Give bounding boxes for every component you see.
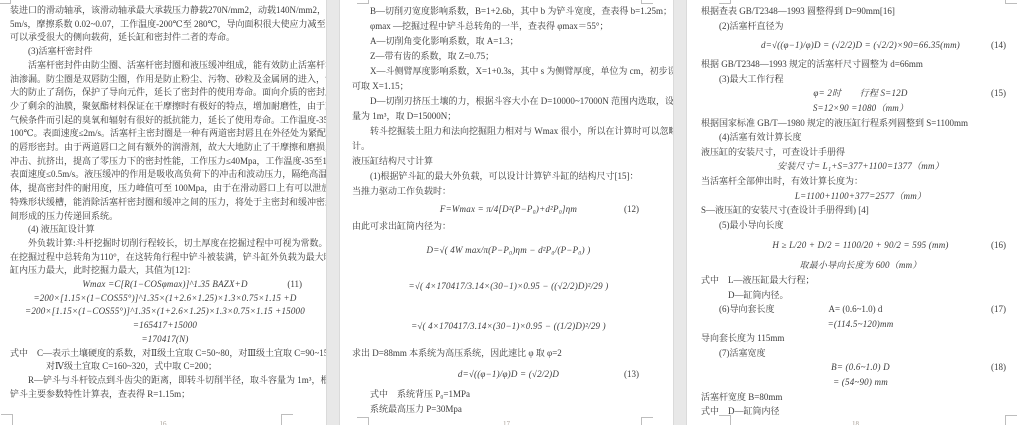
- doc-line: 系统最高压力 P=30Mpa: [352, 402, 665, 417]
- equation-line: B= (0.6~1.0) D(18): [701, 360, 1020, 375]
- page-2-text: B—切削刃宽度影响系数，B=1+2.6b，其中 b 为铲斗宽度，查表得 b=1.…: [352, 4, 665, 417]
- line-text: φ= 2时 行程 S=12D: [813, 88, 907, 98]
- line-text: 装进口的滑动轴承，该滑动轴承最大承载压力静载270N/mm2，动载140N/mm…: [10, 5, 326, 15]
- line-text: 可以承受很大的侧向载荷，延长缸和密封件二者的寿命。: [10, 32, 235, 42]
- document-viewer: 装进口的滑动轴承，该滑动轴承最大承载压力静载270N/mm2，动载140N/mm…: [0, 0, 1024, 425]
- line-text: =(114.5~120)mm: [828, 319, 894, 329]
- page-1-text: 装进口的滑动轴承，该滑动轴承最大承载压力静载270N/mm2，动载140N/mm…: [10, 4, 320, 401]
- line-text: 式中 L—液压缸最大行程；: [701, 275, 815, 285]
- line-text: 根据国家标准 GB/T—1980 规定的液压缸行程系列圆整到 S=1100mm: [701, 118, 968, 128]
- line-text: 根据 GB/T2348—1993 规定的活塞杆尺寸圆整为 d=66mm: [701, 59, 923, 69]
- equation-number: (14): [991, 33, 1006, 57]
- doc-line: 冲击、抗挤出，提高了零压力下的密封性能，工作压力≤40Mpa，工作温度-35至1…: [10, 155, 320, 169]
- doc-line: 油渗漏。防尘圈是双唇防尘圈，作用是防止粉尘、污物、砂粒及金属屑的进入，它大: [10, 73, 320, 87]
- line-text: d=√((φ−1)/φ)D = (√2/2)D = (√2/2)×90=66.3…: [761, 40, 960, 50]
- doc-line: 外负载计算:斗杆挖掘时切削行程较长，切土厚度在挖掘过程中可视为常数。斗杆: [10, 237, 320, 251]
- equation-number: (13): [624, 361, 639, 387]
- line-text: (1)根据铲斗缸的最大外负载，可以设计计算铲斗缸的结构尺寸[15]：: [352, 171, 639, 181]
- doc-line: 安装尺寸= L₁+S=377+1100=1377（mm）: [701, 159, 1020, 174]
- line-text: 计。: [352, 141, 370, 151]
- doc-line: Z—带有齿的系数，取 Z=0.75；: [352, 49, 665, 64]
- page-3[interactable]: 根据查表 GB/T2348—1993 圆整得到 D=90mm[16] (2)活塞…: [687, 0, 1024, 425]
- margin-corner-mark: [641, 0, 653, 4]
- line-text: φmax —挖掘过程中铲斗总转角的一半，查表得 φmax＝55°；: [352, 21, 608, 31]
- line-text: 液压缸结构尺寸计算: [352, 156, 433, 166]
- doc-line: 可以承受很大的侧向载荷，延长缸和密封件二者的寿命。: [10, 31, 320, 45]
- doc-line: 5m/s，摩擦系数 0.02~0.07，工作温度-200℃至 280℃，导向面积…: [10, 18, 320, 32]
- line-text: =200×[1.15×(1−COS55°)]^1.35×(1+2.6×1.25)…: [25, 306, 305, 316]
- doc-line: =165417+15000: [10, 319, 320, 333]
- line-text: 当推力驱动工作负载时：: [352, 186, 451, 196]
- doc-line: (4)活塞有效计算长度: [701, 130, 1020, 145]
- line-text: F=Wmax = π/4[D²(P−P₀)+d²P₀]ηm: [440, 204, 577, 214]
- doc-line: =170417(N): [10, 333, 320, 347]
- doc-line: D—切削刃挤压土壤的力，根据斗容大小在 D=10000~17000N 范围内选取…: [352, 94, 665, 109]
- line-text: 系统最高压力 P=30Mpa: [352, 404, 462, 414]
- line-text: (6)导向套长度 A= (0.6~1.0) d: [701, 304, 882, 314]
- line-text: 间形成的压力传递回系统。: [10, 211, 118, 221]
- line-text: D=√( 4W max/π(P−P₀)ηm − d²P₀/(P−P₀) ): [427, 245, 591, 255]
- doc-line: D=√( 4W max/π(P−P₀)ηm − d²P₀/(P−P₀) ): [352, 234, 665, 266]
- line-text: 由此可求出缸筒内径为：: [352, 221, 451, 231]
- line-text: (2)活塞杆直径为: [701, 21, 784, 31]
- equation-line: φ= 2时 行程 S=12D(15): [701, 86, 1020, 101]
- doc-line: 表面速度≤0.5m/s。液压缓冲的作用是吸收高负荷下的冲击和波动压力，隔绝高温流: [10, 168, 320, 182]
- doc-line: (2)活塞杆直径为: [701, 19, 1020, 34]
- doc-line: 式中 C—表示土壤硬度的系数，对Ⅱ级土宜取 C=50~80，对Ⅲ级土宜取 C=9…: [10, 347, 320, 361]
- margin-corner-mark: [1005, 0, 1017, 4]
- line-text: D—切削刃挤压土壤的力，根据斗容大小在 D=10000~17000N 范围内选取…: [352, 96, 673, 106]
- page-3-text: 根据查表 GB/T2348—1993 圆整得到 D=90mm[16] (2)活塞…: [701, 4, 1020, 419]
- doc-line: 式中 L—液压缸最大行程；: [701, 273, 1020, 288]
- line-text: 量为 1m³，取 D=15000N；: [352, 111, 456, 121]
- line-text: 铲斗主要参数特性计算表，查表得 R=1.15m；: [10, 389, 190, 399]
- line-text: (7)活塞宽度: [701, 348, 766, 358]
- doc-line: 可取 X=1.15；: [352, 79, 665, 94]
- line-text: 的唇形密封。由于两道唇口之间有额外的润滑剂，故大大地防止了干摩擦和磨损，耐: [10, 142, 326, 152]
- line-text: Z—带有齿的系数，取 Z=0.75；: [352, 51, 494, 61]
- line-text: = (54~90) mm: [833, 377, 888, 387]
- doc-line: 装进口的滑动轴承，该滑动轴承最大承载压力静载270N/mm2，动载140N/mm…: [10, 4, 320, 18]
- doc-line: S=12×90 =1080（mm）: [701, 101, 1020, 116]
- line-text: 式中 C—表示土壤硬度的系数，对Ⅱ级土宜取 C=50~80，对Ⅲ级土宜取 C=9…: [10, 348, 326, 358]
- line-text: 5m/s，摩擦系数 0.02~0.07，工作温度-200℃至 280℃，导向面积…: [10, 19, 326, 29]
- page-1[interactable]: 装进口的滑动轴承，该滑动轴承最大承载压力静载270N/mm2，动载140N/mm…: [0, 0, 326, 425]
- line-text: 气候条件而引起的臭氧和辐射有很好的抵抗能力，延长了使用寿命。工作温度-35至: [10, 115, 326, 125]
- doc-line: φmax —挖掘过程中铲斗总转角的一半，查表得 φmax＝55°；: [352, 19, 665, 34]
- line-text: X—斗侧臂厚度影响系数，X=1+0.3s，其中 s 为侧臂厚度，单位为 cm，初…: [352, 66, 673, 76]
- page-number: 17: [340, 420, 673, 425]
- equation-number: (11): [287, 278, 302, 292]
- line-text: 根据查表 GB/T2348—1993 圆整得到 D=90mm[16]: [701, 6, 895, 16]
- line-text: S=12×90 =1080（mm）: [813, 103, 908, 113]
- doc-line: =200×[1.15×(1−COS55°)]^1.35×(1+2.6×1.25)…: [10, 305, 320, 319]
- doc-line: 量为 1m³，取 D=15000N；: [352, 109, 665, 124]
- line-text: 100℃。表面速度≤2m/s。活塞杆主密封圈是一种有两道密封唇且在外径处为紧配合: [10, 128, 326, 138]
- doc-line: (5)最小导向长度: [701, 218, 1020, 233]
- doc-line: 铲斗主要参数特性计算表，查表得 R=1.15m；: [10, 388, 320, 402]
- doc-line: 式中 系统背压 P₀=1MPa: [352, 387, 665, 402]
- doc-line: = (54~90) mm: [701, 375, 1020, 390]
- line-text: (3)活塞杆密封件: [10, 46, 93, 56]
- equation-number: (16): [991, 232, 1006, 258]
- line-text: (5)最小导向长度: [701, 220, 784, 230]
- line-text: (4)活塞有效计算长度: [701, 132, 802, 142]
- equation-line: (6)导向套长度 A= (0.6~1.0) d(17): [701, 302, 1020, 317]
- line-text: =165417+15000: [133, 320, 197, 330]
- doc-line: (7)活塞宽度: [701, 346, 1020, 361]
- line-text: =170417(N): [141, 334, 188, 344]
- doc-line: 式中 D—缸筒内径: [701, 404, 1020, 419]
- line-text: A—切削角变化影响系数，取 A=1.3；: [352, 36, 519, 46]
- line-text: d=√((φ−1)/φ)D = (√2/2)D: [458, 369, 559, 379]
- doc-line: (3)最大工作行程: [701, 72, 1020, 87]
- doc-line: =200×[1.15×(1−COS55°)]^1.35×(1+2.6×1.25)…: [10, 292, 320, 306]
- line-text: =200×[1.15×(1−COS55°)]^1.35×(1+2.6×1.25)…: [33, 293, 296, 303]
- doc-line: 活塞杆密封件由防尘圈、活塞杆密封圈和液压缓冲组成，能有效防止活塞杆液压: [10, 59, 320, 73]
- page-gap: [326, 0, 340, 425]
- equation-number: (12): [624, 199, 639, 219]
- line-text: 对Ⅳ级土宜取 C=160~320，式中取 C=200；: [10, 361, 217, 371]
- margin-corner-mark: [719, 0, 731, 4]
- line-text: 油渗漏。防尘圈是双唇防尘圈，作用是防止粉尘、污物、砂粒及金属屑的进入，它大: [10, 74, 326, 84]
- doc-line: 气候条件而引起的臭氧和辐射有很好的抵抗能力，延长了使用寿命。工作温度-35至: [10, 114, 320, 128]
- doc-line: X—斗侧臂厚度影响系数，X=1+0.3s，其中 s 为侧臂厚度，单位为 cm，初…: [352, 64, 665, 79]
- line-text: 当活塞杆全部伸出时，有效计算长度为：: [701, 176, 863, 186]
- line-text: 可取 X=1.15；: [352, 81, 409, 91]
- line-text: R—铲斗与斗杆铰点到斗齿尖的距离，即转斗切削半径，取斗容量为 1m³，根据反: [10, 375, 326, 385]
- line-text: 活塞杆宽度 B=80mm: [701, 392, 782, 402]
- line-text: B= (0.6~1.0) D: [831, 362, 890, 372]
- margin-corner-mark: [357, 0, 369, 4]
- doc-line: 间形成的压力传递回系统。: [10, 210, 320, 224]
- line-text: 取最小导向长度为 600（mm）: [800, 260, 922, 270]
- line-text: 活塞杆密封件由防尘圈、活塞杆密封圈和液压缓冲组成，能有效防止活塞杆液压: [10, 60, 326, 70]
- line-text: 表面速度≤0.5m/s。液压缓冲的作用是吸收高负荷下的冲击和波动压力，隔绝高温流: [10, 169, 326, 179]
- line-text: H ≥ L/20 + D/2 = 1100/20 + 90/2 = 595 (m…: [772, 240, 948, 250]
- doc-line: =√( 4×170417/3.14×(30−1)×0.95 − ((√2/2)D…: [352, 266, 665, 306]
- doc-line: 由此可求出缸筒内径为：: [352, 219, 665, 234]
- line-text: 导向套长度为 115mm: [701, 333, 784, 343]
- line-text: 特殊形状缓槽，能消除活塞杆密封圈和缓冲之间的压力，将处于主密封和缓冲密封之: [10, 197, 326, 207]
- doc-line: 液压缸结构尺寸计算: [352, 154, 665, 169]
- doc-line: A—切削角变化影响系数，取 A=1.3；: [352, 34, 665, 49]
- doc-line: R—铲斗与斗杆铰点到斗齿尖的距离，即转斗切削半径，取斗容量为 1m³，根据反: [10, 374, 320, 388]
- doc-line: 特殊形状缓槽，能消除活塞杆密封圈和缓冲之间的压力，将处于主密封和缓冲密封之: [10, 196, 320, 210]
- equation-number: (17): [991, 302, 1006, 317]
- doc-line: 计。: [352, 139, 665, 154]
- line-text: (3)最大工作行程: [701, 74, 784, 84]
- margin-corner-mark: [0, 0, 11, 4]
- line-text: 转斗挖掘装土阻力和法向挖掘阻力相对与 Wmax 很小，所以在计算时可以忽略不: [352, 126, 673, 136]
- line-text: =√( 4×170417/3.14×(30−1)×0.95 − ((1/2)D)…: [411, 321, 606, 331]
- doc-line: 取最小导向长度为 600（mm）: [701, 258, 1020, 273]
- page-gap: [673, 0, 687, 425]
- line-text: 式中 D—缸筒内径: [701, 406, 780, 416]
- doc-line: 的唇形密封。由于两道唇口之间有额外的润滑剂，故大大地防止了干摩擦和磨损，耐: [10, 141, 320, 155]
- equation-line: d=√((φ−1)/φ)D = (√2/2)D(13): [352, 361, 665, 387]
- doc-line: 缸内压力最大，此时挖掘力最大，其值为[12]：: [10, 264, 320, 278]
- line-text: =√( 4×170417/3.14×(30−1)×0.95 − ((√2/2)D…: [409, 281, 609, 291]
- doc-line: 少了剩余的油膜，聚氨酯材料保证在干摩擦时有极好的特点，增加耐磨性，由于对因: [10, 100, 320, 114]
- doc-line: 100℃。表面速度≤2m/s。活塞杆主密封圈是一种有两道密封唇且在外径处为紧配合: [10, 127, 320, 141]
- doc-line: S—液压缸的安装尺寸(查设计手册得到) [4]: [701, 203, 1020, 218]
- doc-line: 在挖掘过程中总转角为110°，在这转角行程中铲斗被装满，铲斗缸外负载为最大时，: [10, 251, 320, 265]
- line-text: 液压缸的安装尺寸，可查设计手册得: [701, 147, 845, 157]
- page-number: 16: [0, 420, 326, 425]
- doc-line: 当推力驱动工作负载时：: [352, 184, 665, 199]
- line-text: 冲击、抗挤出，提高了零压力下的密封性能，工作压力≤40Mpa，工作温度-35至1…: [10, 156, 326, 166]
- doc-line: L=1100+1100+377=2577（mm）: [701, 189, 1020, 204]
- doc-line: 活塞杆宽度 B=80mm: [701, 390, 1020, 405]
- line-text: Wmax =C[R(1−COSφmax)]^1.35 BAZX+D: [82, 279, 247, 289]
- line-text: 体，提高密封件的耐用度，压力峰值可至 100Mpa，由于在滑动唇口上有可以泄放背…: [10, 183, 326, 193]
- line-text: S—液压缸的安装尺寸(查设计手册得到) [4]: [701, 205, 869, 215]
- line-text: 式中 系统背压 P₀=1MPa: [352, 389, 470, 399]
- equation-line: Wmax =C[R(1−COSφmax)]^1.35 BAZX+D(11): [10, 278, 320, 292]
- equation-line: d=√((φ−1)/φ)D = (√2/2)D = (√2/2)×90=66.3…: [701, 33, 1020, 57]
- doc-line: (1)根据铲斗缸的最大外负载，可以设计计算铲斗缸的结构尺寸[15]：: [352, 169, 665, 184]
- doc-line: 求出 D=88mm 本系统为高压系统，因此速比 φ 取 φ=2: [352, 346, 665, 361]
- doc-line: D—缸筒内径。: [701, 288, 1020, 303]
- equation-line: H ≥ L/20 + D/2 = 1100/20 + 90/2 = 595 (m…: [701, 232, 1020, 258]
- line-text: 缸内压力最大，此时挖掘力最大，其值为[12]：: [10, 265, 196, 275]
- equation-number: (18): [991, 360, 1006, 375]
- doc-line: 根据 GB/T2348—1993 规定的活塞杆尺寸圆整为 d=66mm: [701, 57, 1020, 72]
- doc-line: 根据国家标准 GB/T—1980 规定的液压缸行程系列圆整到 S=1100mm: [701, 116, 1020, 131]
- line-text: 在挖掘过程中总转角为110°，在这转角行程中铲斗被装满，铲斗缸外负载为最大时，: [10, 252, 326, 262]
- line-text: 求出 D=88mm 本系统为高压系统，因此速比 φ 取 φ=2: [352, 348, 562, 358]
- doc-line: 根据查表 GB/T2348—1993 圆整得到 D=90mm[16]: [701, 4, 1020, 19]
- doc-line: 大的防止了刮伤，保护了导向元件，延长了密封件的使用寿命。面向介质的密封唇减: [10, 86, 320, 100]
- doc-line: =√( 4×170417/3.14×(30−1)×0.95 − ((1/2)D)…: [352, 306, 665, 346]
- doc-line: =(114.5~120)mm: [701, 317, 1020, 332]
- doc-line: 转斗挖掘装土阻力和法向挖掘阻力相对与 Wmax 很小，所以在计算时可以忽略不: [352, 124, 665, 139]
- doc-line: 当活塞杆全部伸出时，有效计算长度为：: [701, 174, 1020, 189]
- equation-line: F=Wmax = π/4[D²(P−P₀)+d²P₀]ηm(12): [352, 199, 665, 219]
- doc-line: 对Ⅳ级土宜取 C=160~320，式中取 C=200；: [10, 360, 320, 374]
- line-text: B—切削刃宽度影响系数，B=1+2.6b，其中 b 为铲斗宽度，查表得 b=1.…: [352, 6, 672, 16]
- doc-line: 导向套长度为 115mm: [701, 331, 1020, 346]
- line-text: D—缸筒内径。: [701, 290, 789, 300]
- page-2[interactable]: B—切削刃宽度影响系数，B=1+2.6b，其中 b 为铲斗宽度，查表得 b=1.…: [340, 0, 673, 425]
- line-text: 外负载计算:斗杆挖掘时切削行程较长，切土厚度在挖掘过程中可视为常数。斗杆: [10, 238, 326, 248]
- doc-line: (3)活塞杆密封件: [10, 45, 320, 59]
- doc-line: B—切削刃宽度影响系数，B=1+2.6b，其中 b 为铲斗宽度，查表得 b=1.…: [352, 4, 665, 19]
- doc-line: 体，提高密封件的耐用度，压力峰值可至 100Mpa，由于在滑动唇口上有可以泄放背…: [10, 182, 320, 196]
- line-text: 少了剩余的油膜，聚氨酯材料保证在干摩擦时有极好的特点，增加耐磨性，由于对因: [10, 101, 326, 111]
- line-text: (4) 液压缸设计算: [10, 224, 95, 234]
- equation-number: (15): [991, 86, 1006, 101]
- line-text: 大的防止了刮伤，保护了导向元件，延长了密封件的使用寿命。面向介质的密封唇减: [10, 87, 326, 97]
- line-text: 安装尺寸= L₁+S=377+1100=1377（mm）: [777, 161, 944, 171]
- doc-line: 液压缸的安装尺寸，可查设计手册得: [701, 145, 1020, 160]
- page-number: 18: [687, 420, 1024, 425]
- doc-line: (4) 液压缸设计算: [10, 223, 320, 237]
- line-text: L=1100+1100+377=2577（mm）: [795, 191, 926, 201]
